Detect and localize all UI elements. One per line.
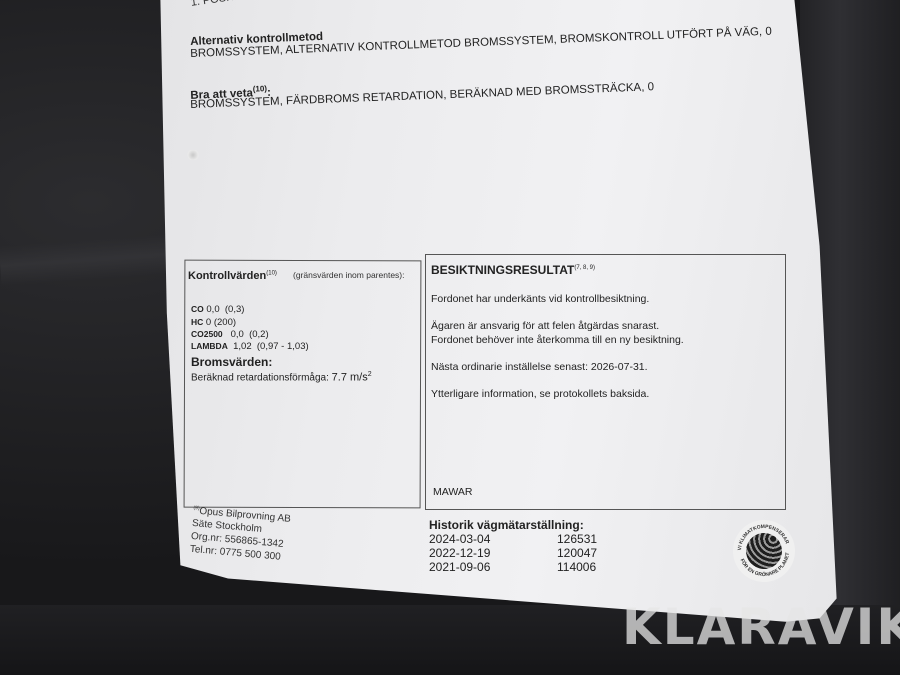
- besiktningsresultat-heading: BESIKTNINGSRESULTAT(7, 8, 9): [431, 263, 595, 277]
- klaravik-watermark: KLARAVIK: [622, 598, 900, 656]
- result-line: Ytterligare information, se protokollets…: [431, 388, 649, 400]
- result-line: Fordonet har underkänts vid kontrollbesi…: [431, 293, 649, 305]
- bromsvarden-heading: Bromsvärden:: [191, 355, 272, 369]
- kontrollvarden-box: [184, 260, 422, 509]
- svg-text:VI KLIMATKOMPENSERAR: VI KLIMATKOMPENSERAR: [734, 520, 790, 551]
- staple-hole: [186, 150, 200, 160]
- inspector-signature: MAWAR: [433, 486, 472, 498]
- kontrollvarden-heading: Kontrollvärden(10): [188, 270, 277, 282]
- kontrollvarden-note: (gränsvärden inom parentes):: [293, 270, 405, 280]
- company-info: (9)Opus Bilprovning AB Säte Stockholm Or…: [189, 502, 291, 565]
- odometer-row: 2021-09-06114006: [429, 560, 490, 574]
- emission-row-co: CO 0,0 (0,3): [191, 304, 244, 315]
- result-line: Ägaren är ansvarig för att felen åtgärda…: [431, 320, 659, 332]
- svg-text:FÖR EN GRÖNARE PLANET: FÖR EN GRÖNARE PLANET: [738, 551, 794, 581]
- next-inspection-date: Nästa ordinarie inställelse senast: 2026…: [431, 361, 648, 373]
- emission-row-hc: HC 0 (200): [191, 317, 236, 328]
- odometer-row: 2024-03-04126531: [429, 532, 490, 546]
- result-line: Fordonet behöver inte återkomma till en …: [431, 334, 684, 346]
- odometer-history-heading: Historik vägmätarställning:: [429, 518, 584, 532]
- odometer-row: 2022-12-19120047: [429, 546, 490, 560]
- logo-ring-text: VI KLIMATKOMPENSERAR FÖR EN GRÖNARE PLAN…: [729, 516, 799, 586]
- retardation-value: Beräknad retardationsförmåga: 7.7 m/s2: [191, 371, 372, 383]
- climate-compensation-logo: VI KLIMATKOMPENSERAR FÖR EN GRÖNARE PLAN…: [729, 516, 799, 586]
- emission-row-lambda: LAMBDA 1,02 (0,97 - 1,03): [191, 341, 309, 352]
- emission-row-co2500: CO2500 0,0 (0,2): [191, 329, 269, 340]
